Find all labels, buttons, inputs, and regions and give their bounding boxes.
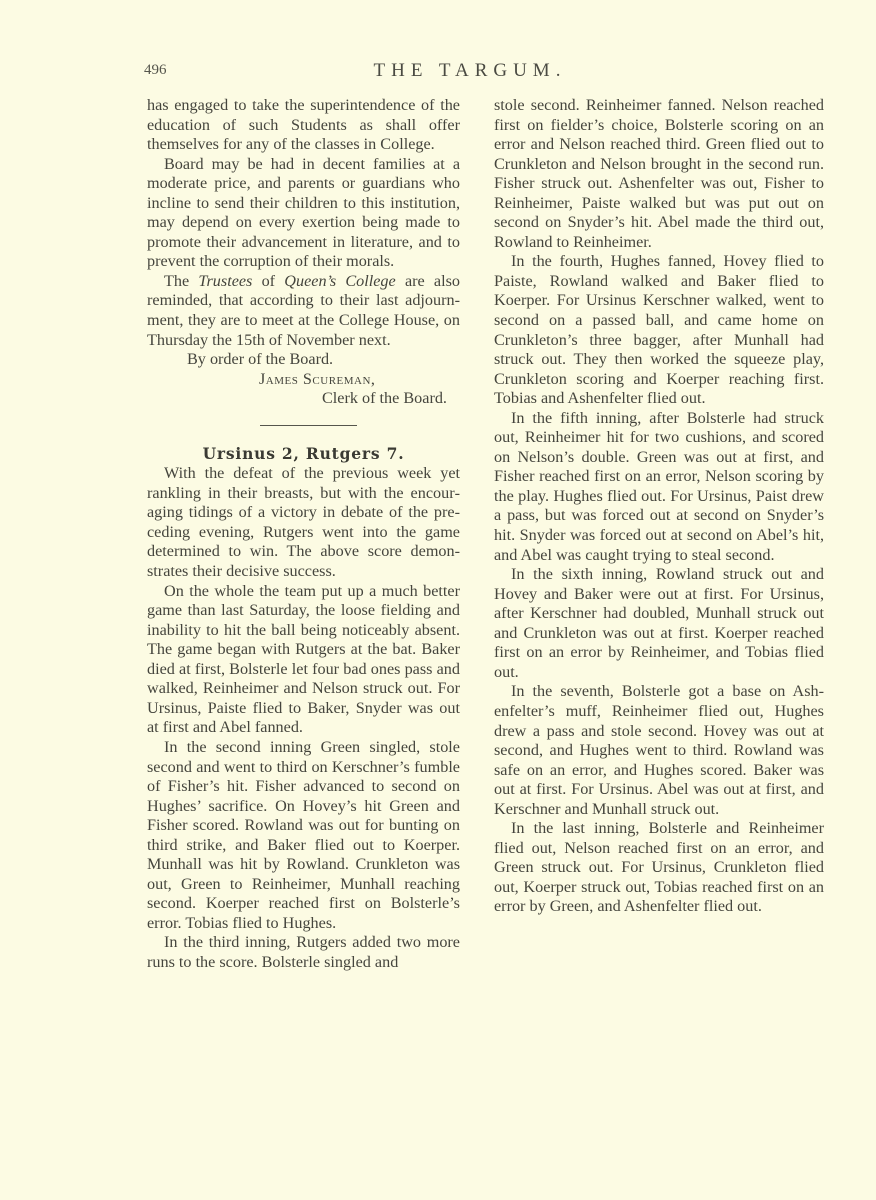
running-title: THE TARGUM. (144, 60, 756, 82)
paragraph: In the second inning Green singled, stol… (147, 738, 460, 933)
text: The (164, 272, 198, 290)
paragraph: In the seventh, Bolsterle got a base on … (494, 682, 824, 819)
paragraph: With the defeat of the previous week yet… (147, 464, 460, 581)
article-title: Ursinus 2, Rutgers 7. (147, 444, 460, 464)
paragraph: In the third inning, Rutgers added two m… (147, 933, 460, 972)
section-divider (260, 425, 357, 426)
trustees-notice: The Trustees of Queen’s College are also… (147, 272, 460, 350)
paragraph: On the whole the team put up a much bett… (147, 582, 460, 738)
right-column: stole second. Reinheimer fanned. Nelson … (494, 96, 824, 917)
paragraph: In the fourth, Hughes fanned, Hovey flie… (494, 252, 824, 408)
left-column: has engaged to take the superintendence … (147, 96, 460, 973)
trustees-term: Trustees (198, 272, 252, 290)
college-name: Queen’s College (284, 272, 395, 290)
text: of (252, 272, 284, 290)
signature-order: By order of the Board. (147, 350, 460, 370)
paragraph: Board may be had in decent families at a… (147, 155, 460, 272)
paragraph: has engaged to take the superintendence … (147, 96, 460, 155)
page-header: 496 THE TARGUM. (144, 60, 756, 86)
paragraph: In the sixth inning, Rowland struck out … (494, 565, 824, 682)
signature-name: James Scureman, (147, 370, 460, 390)
paragraph: stole second. Reinheimer fanned. Nelson … (494, 96, 824, 252)
signature-title: Clerk of the Board. (147, 389, 460, 409)
paragraph: In the fifth inning, after Bolsterle had… (494, 409, 824, 565)
paragraph: In the last inning, Bolsterle and Reinhe… (494, 819, 824, 917)
